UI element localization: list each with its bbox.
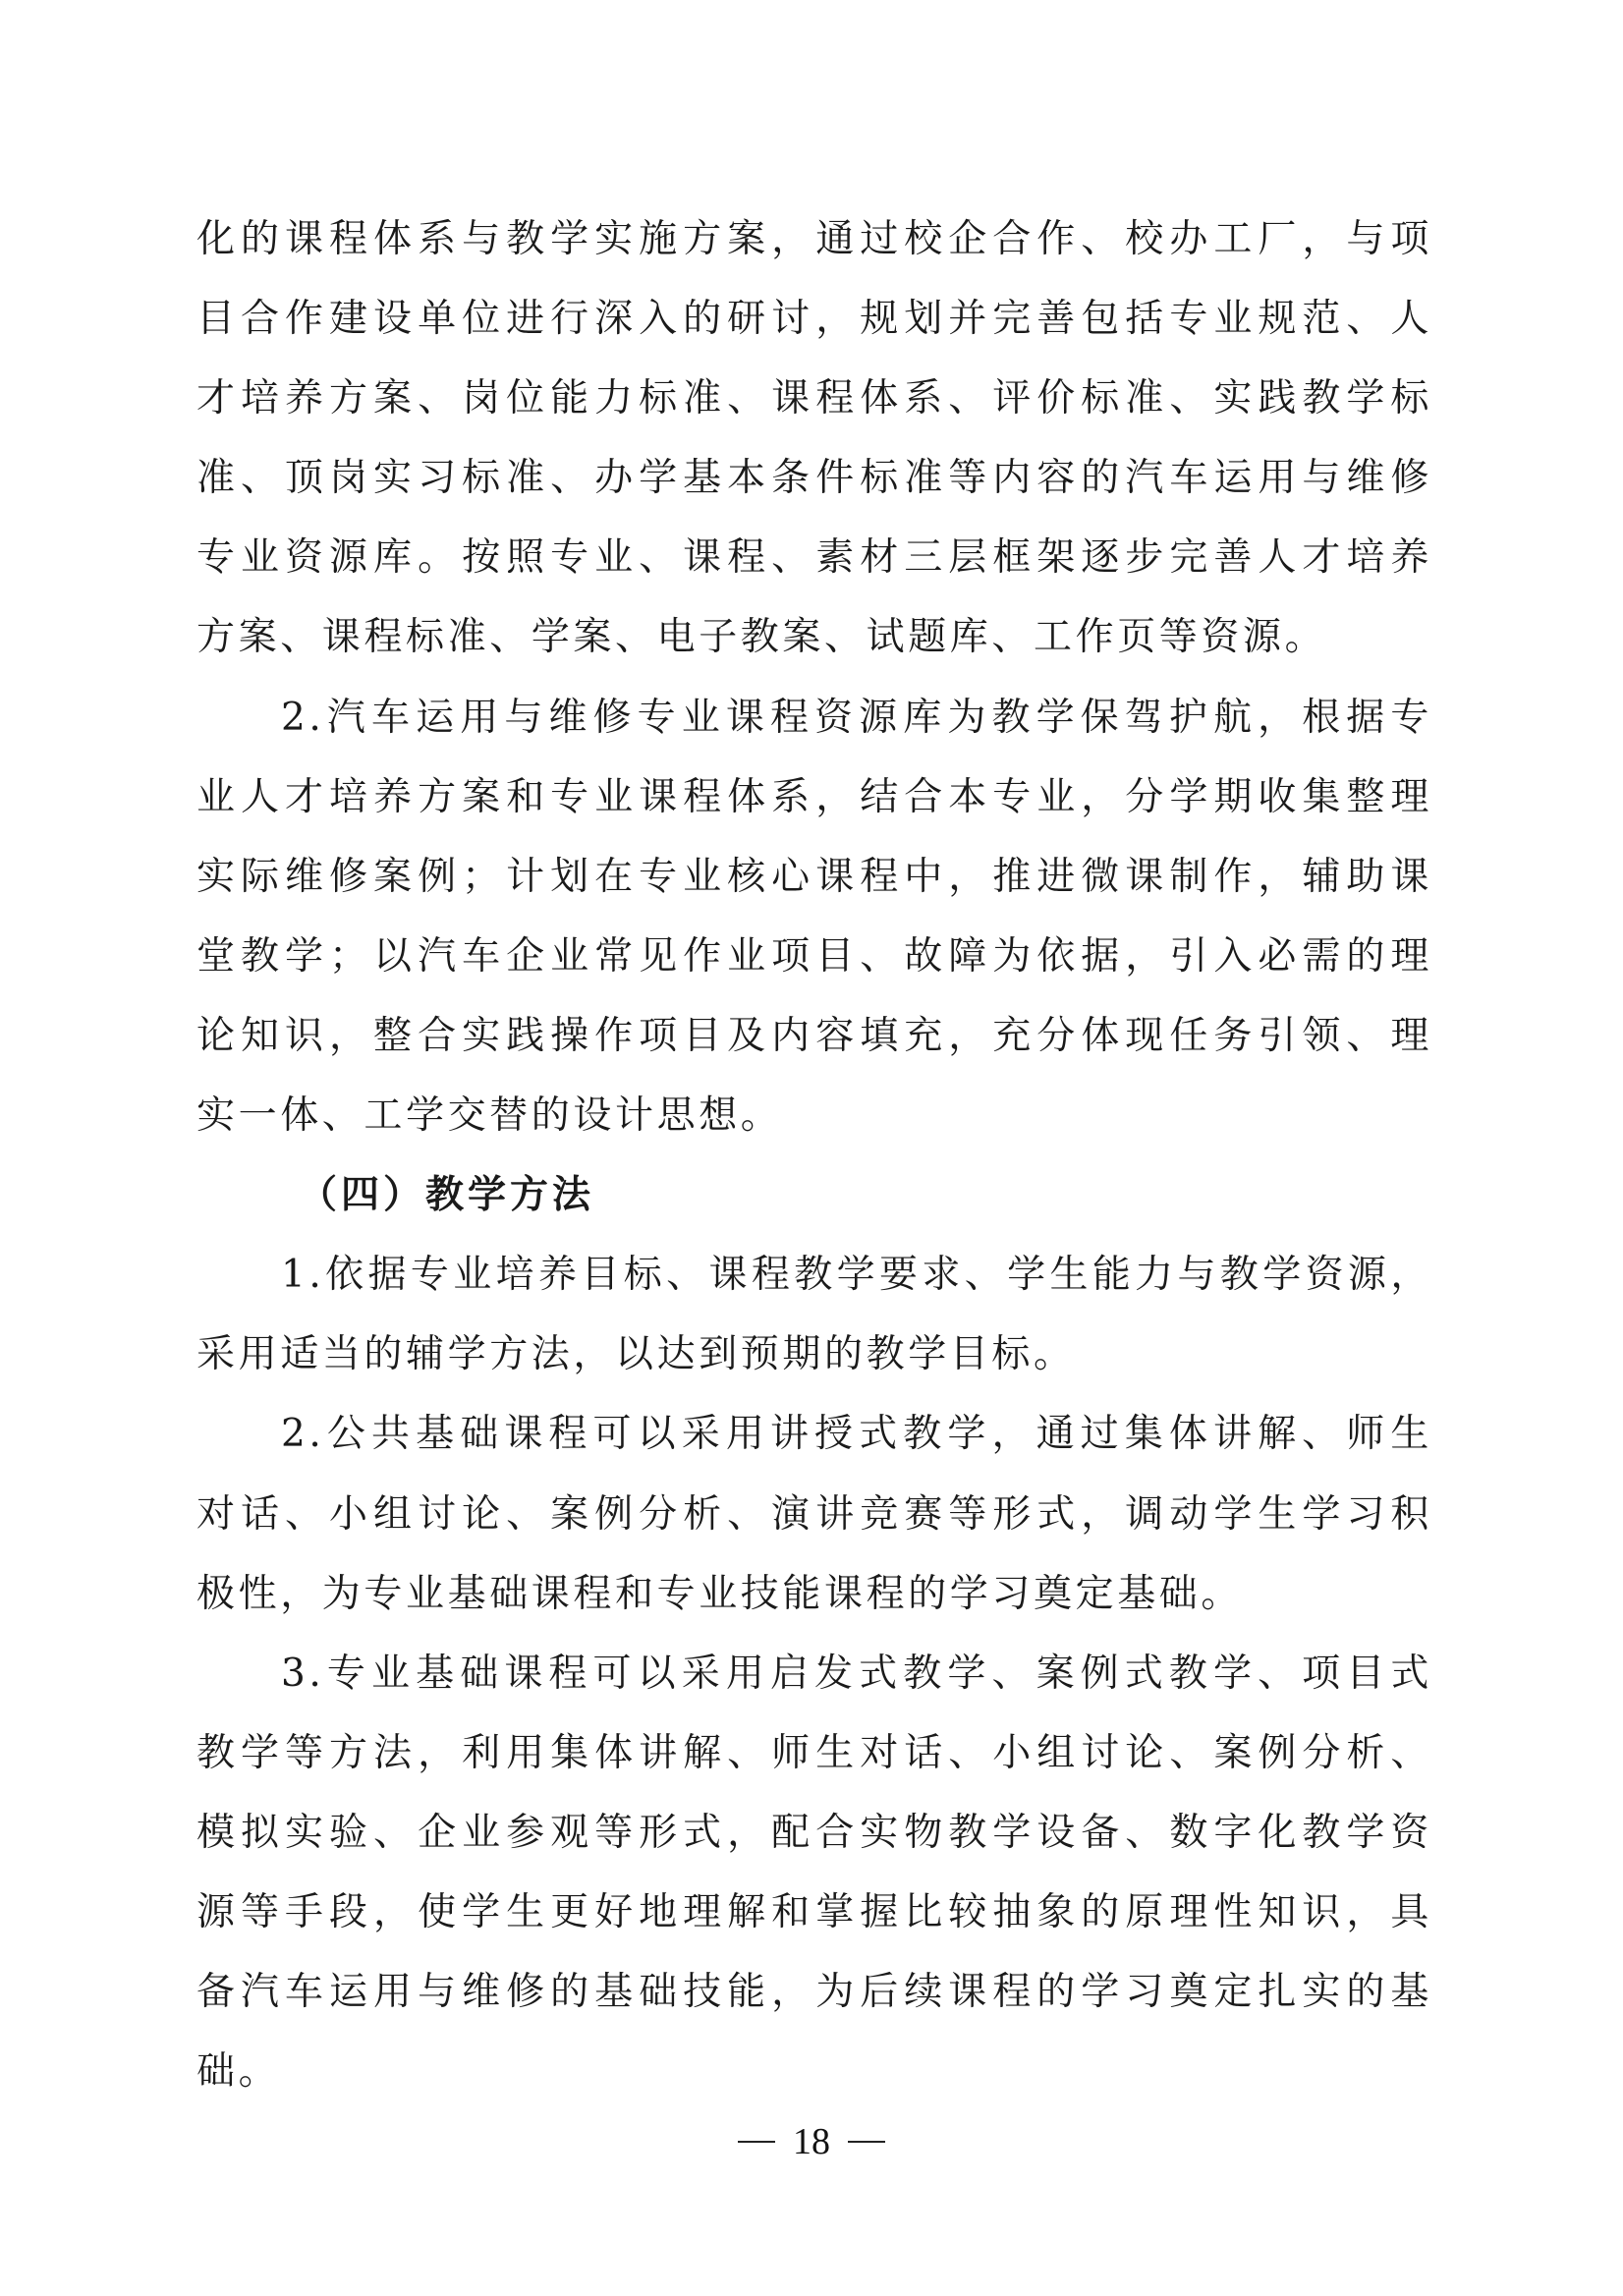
text-line: 业人才培养方案和专业课程体系，结合本专业，分学期收集整理: [196, 757, 1432, 837]
text-line: 实一体、工学交替的设计思想。: [196, 1076, 1432, 1155]
text-line: 备汽车运用与维修的基础技能，为后续课程的学习奠定扎实的基: [196, 1952, 1432, 2032]
paragraph-method-3: 3.专业基础课程可以采用启发式教学、案例式教学、项目式 教学等方法，利用集体讲解…: [196, 1634, 1432, 2112]
paragraph-resource-library-continued: 化的课程体系与教学实施方案，通过校企合作、校办工厂，与项 目合作建设单位进行深入…: [196, 199, 1432, 678]
paragraph-method-2: 2.公共基础课程可以采用讲授式教学，通过集体讲解、师生 对话、小组讨论、案例分析…: [196, 1394, 1432, 1633]
page-body: 化的课程体系与教学实施方案，通过校企合作、校办工厂，与项 目合作建设单位进行深入…: [196, 199, 1432, 2111]
text-line: 方案、课程标准、学案、电子教案、试题库、工作页等资源。: [196, 597, 1432, 677]
text-line: 目合作建设单位进行深入的研讨，规划并完善包括专业规范、人: [196, 279, 1432, 359]
text-line: 2.公共基础课程可以采用讲授式教学，通过集体讲解、师生: [196, 1394, 1432, 1474]
text-line: 模拟实验、企业参观等形式，配合实物教学设备、数字化教学资: [196, 1793, 1432, 1873]
text-line: 实际维修案例；计划在专业核心课程中，推进微课制作，辅助课: [196, 837, 1432, 917]
paragraph-method-1: 1.依据专业培养目标、课程教学要求、学生能力与教学资源， 采用适当的辅学方法，以…: [196, 1235, 1432, 1394]
text-line: 极性，为专业基础课程和专业技能课程的学习奠定基础。: [196, 1554, 1432, 1634]
text-line: 堂教学；以汽车企业常见作业项目、故障为依据，引入必需的理: [196, 917, 1432, 996]
text-line: 教学等方法，利用集体讲解、师生对话、小组讨论、案例分析、: [196, 1713, 1432, 1793]
text-line: 对话、小组讨论、案例分析、演讲竞赛等形式，调动学生学习积: [196, 1475, 1432, 1554]
text-line: 1.依据专业培养目标、课程教学要求、学生能力与教学资源，: [196, 1235, 1432, 1315]
text-line: 论知识，整合实践操作项目及内容填充，充分体现任务引领、理: [196, 996, 1432, 1076]
document-page: 化的课程体系与教学实施方案，通过校企合作、校办工厂，与项 目合作建设单位进行深入…: [0, 0, 1623, 2296]
text-line: 化的课程体系与教学实施方案，通过校企合作、校办工厂，与项: [196, 199, 1432, 279]
page-number: 18: [793, 2121, 830, 2162]
text-line: 3.专业基础课程可以采用启发式教学、案例式教学、项目式: [196, 1634, 1432, 1713]
page-number-footer: 18: [0, 2120, 1623, 2163]
section-heading-teaching-methods: （四）教学方法: [196, 1155, 1432, 1235]
text-line: 础。: [196, 2032, 1432, 2111]
text-line: 2.汽车运用与维修专业课程资源库为教学保驾护航，根据专: [196, 678, 1432, 757]
text-line: 专业资源库。按照专业、课程、素材三层框架逐步完善人才培养: [196, 518, 1432, 597]
text-line: 才培养方案、岗位能力标准、课程体系、评价标准、实践教学标: [196, 359, 1432, 438]
text-line: 源等手段，使学生更好地理解和掌握比较抽象的原理性知识，具: [196, 1873, 1432, 1952]
text-line: 采用适当的辅学方法，以达到预期的教学目标。: [196, 1315, 1432, 1394]
text-line: 准、顶岗实习标准、办学基本条件标准等内容的汽车运用与维修: [196, 438, 1432, 518]
dash-right: [848, 2141, 885, 2143]
dash-left: [738, 2141, 775, 2143]
paragraph-course-resource-library: 2.汽车运用与维修专业课程资源库为教学保驾护航，根据专 业人才培养方案和专业课程…: [196, 678, 1432, 1156]
